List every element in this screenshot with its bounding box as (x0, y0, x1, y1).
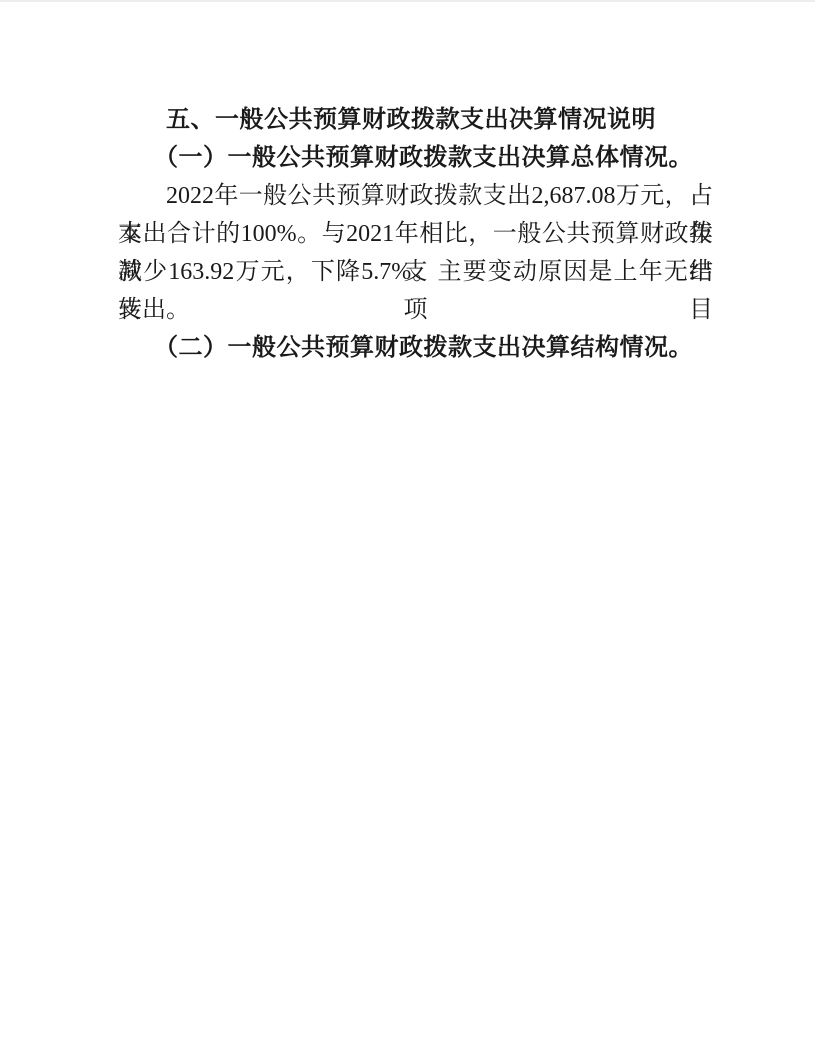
paragraph-line-1: 2022年一般公共预算财政拨款支出2,687.08万元，占本年 (118, 177, 713, 215)
section-heading: 五、一般公共预算财政拨款支出决算情况说明 (118, 101, 713, 139)
subsection-2-heading: （二）一般公共预算财政拨款支出决算结构情况。 (118, 329, 713, 367)
paragraph-line-2: 支出合计的100%。与2021年相比，一般公共预算财政拨款支出 (118, 215, 713, 253)
document-text-block: 五、一般公共预算财政拨款支出决算情况说明 （一）一般公共预算财政拨款支出决算总体… (118, 101, 713, 367)
paragraph-line-3: 减少163.92万元，下降5.7%。主要变动原因是上年无结转项目 (118, 253, 713, 291)
subsection-1-heading: （一）一般公共预算财政拨款支出决算总体情况。 (118, 139, 713, 177)
document-page: 五、一般公共预算财政拨款支出决算情况说明 （一）一般公共预算财政拨款支出决算总体… (0, 0, 815, 1055)
